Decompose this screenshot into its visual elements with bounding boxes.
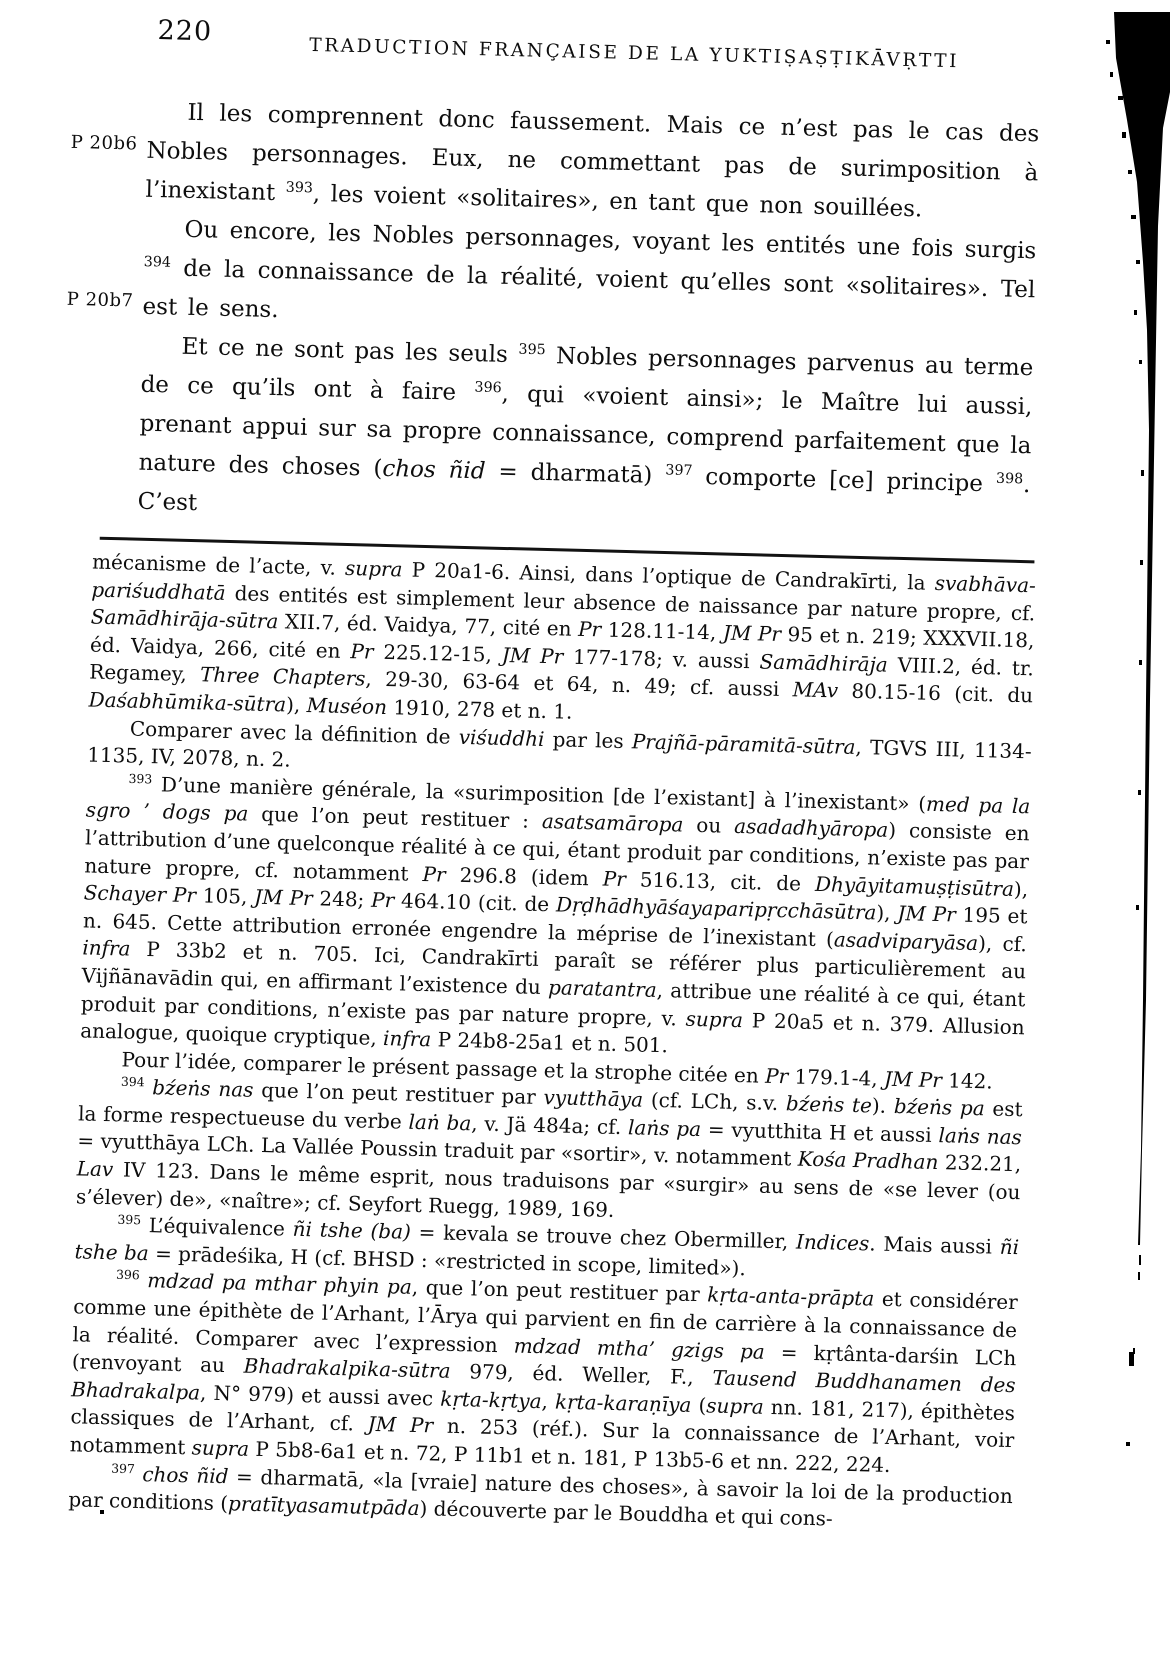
margin-note-p20b6: P 20b6	[70, 132, 137, 155]
footnote-paragraph: 393 D’une manière générale, la «surimpos…	[80, 769, 1031, 1069]
footnote-paragraph: 396 mdzad pa mthar phyin pa, que l’on pe…	[69, 1266, 1018, 1483]
footnote-paragraph: 394 bźeṅs nas que l’on peut restituer pa…	[76, 1073, 1023, 1235]
footnote-paragraph: mécanisme de l’acte, v. supra P 20a1-6. …	[88, 549, 1036, 738]
page-number: 220	[157, 15, 212, 47]
page-content: 220 TRADUCTION FRANÇAISE DE LA YUKTIṢAṢṬ…	[20, 12, 1066, 1538]
paragraph: Et ce ne sont pas les seuls 395 Nobles p…	[137, 327, 1034, 545]
main-text: Il les comprennent donc faussement. Mais…	[137, 93, 1040, 544]
running-title: TRADUCTION FRANÇAISE DE LA YUKTIṢAṢṬIKĀV…	[309, 35, 959, 72]
page: { "colors": { "ink": "#0d0d0d", "paper":…	[0, 0, 1170, 1654]
margin-note-p20b7: P 20b7	[66, 289, 133, 312]
paragraph: Ou encore, les Nobles personnages, voyan…	[142, 210, 1037, 350]
footnote-block: mécanisme de l’acte, v. supra P 20a1-6. …	[68, 549, 1036, 1538]
page-header: 220 TRADUCTION FRANÇAISE DE LA YUKTIṢAṢṬ…	[57, 12, 1066, 89]
paragraph: Il les comprennent donc faussement. Mais…	[145, 93, 1040, 233]
